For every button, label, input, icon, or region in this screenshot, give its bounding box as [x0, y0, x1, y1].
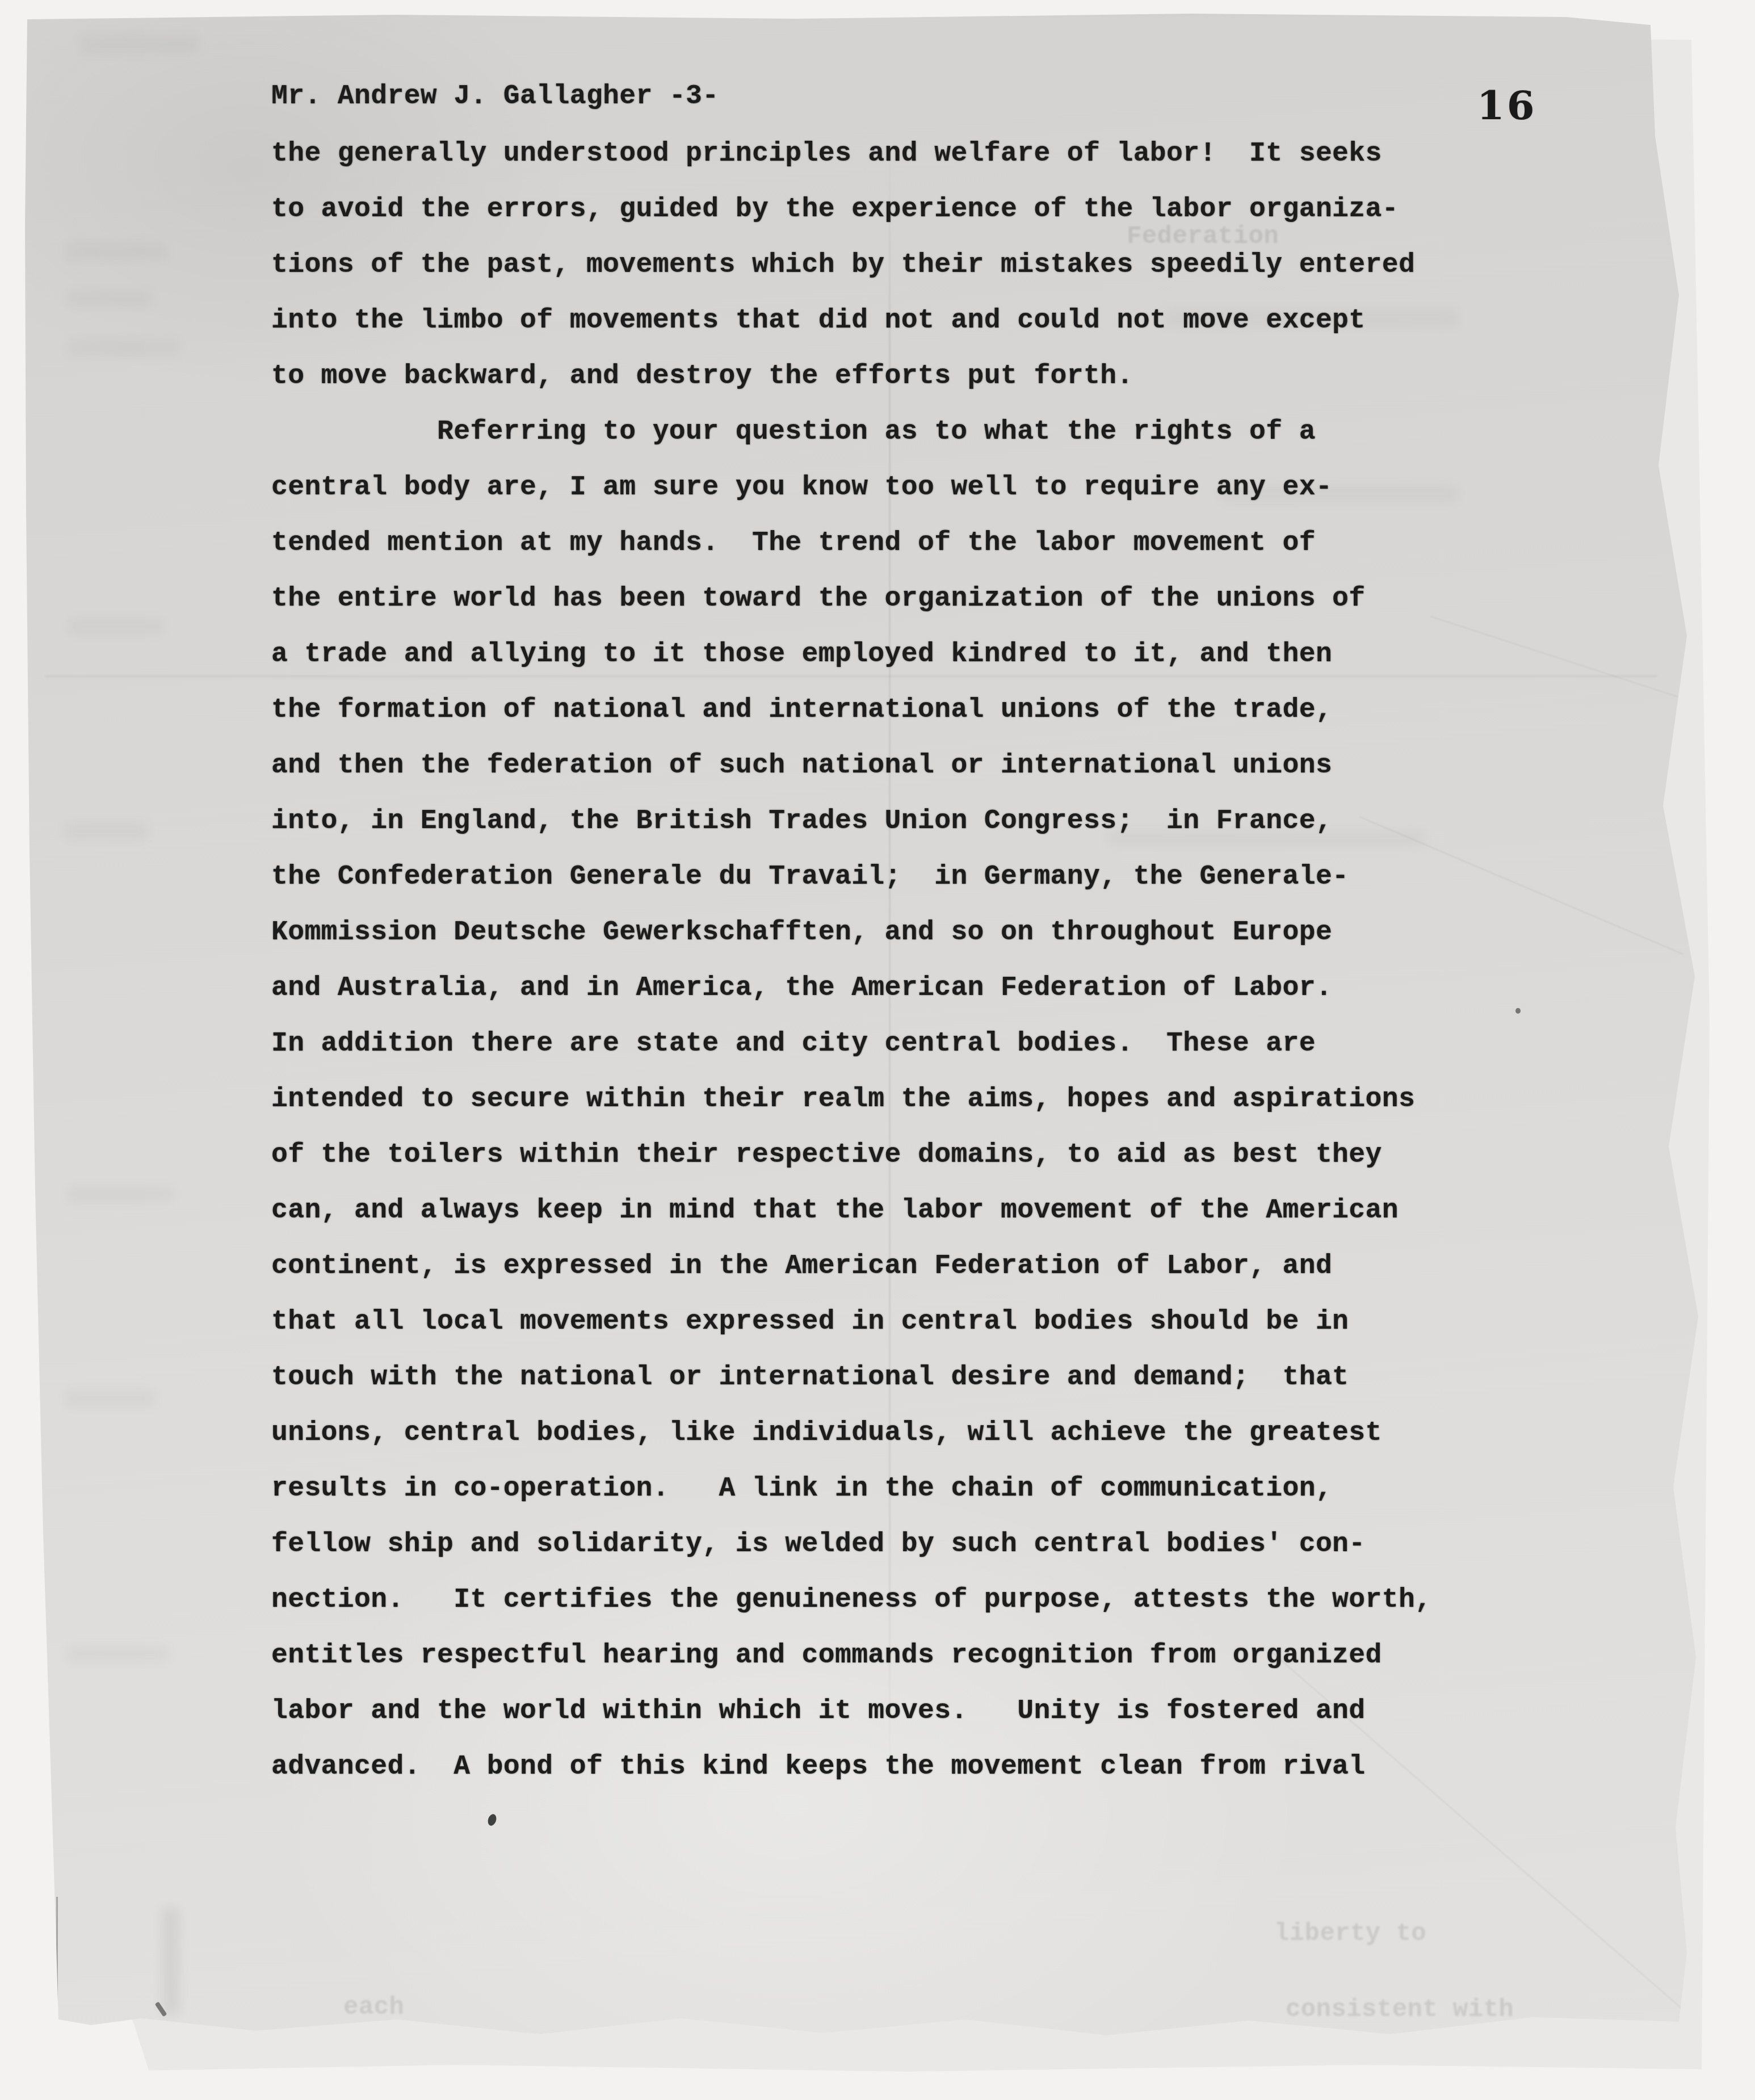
typed-line: labor and the world within which it move…	[271, 1683, 1431, 1739]
bleed-through-smudge	[68, 619, 165, 635]
typed-line: In addition there are state and city cen…	[271, 1016, 1431, 1072]
typed-line: Referring to your question as to what th…	[271, 404, 1431, 460]
typed-line: entitles respectful hearing and commands…	[271, 1628, 1431, 1683]
bleed-through-smudge	[65, 243, 167, 260]
scanned-document-page: Mr. Andrew J. Gallagher -3- 16 the gener…	[0, 0, 1755, 2100]
scan-edge-mark	[56, 1897, 58, 2025]
typed-line: the generally understood principles and …	[271, 126, 1431, 182]
typed-line: central body are, I am sure you know too…	[271, 460, 1431, 515]
typed-line: that all local movements expressed in ce…	[271, 1294, 1431, 1350]
bleed-through-smudge	[67, 1646, 169, 1662]
paper-sheet: Mr. Andrew J. Gallagher -3- 16 the gener…	[0, 0, 1755, 2100]
typed-line: the entire world has been toward the org…	[271, 571, 1431, 627]
typed-line: advanced. A bond of this kind keeps the …	[271, 1739, 1431, 1795]
bleed-through-smudge	[79, 34, 199, 53]
typed-line: the Confederation Generale du Travail; i…	[271, 849, 1431, 905]
typed-line: results in co-operation. A link in the c…	[271, 1461, 1431, 1517]
bleed-through-smudge	[65, 1391, 156, 1406]
typed-line: and Australia, and in America, the Ameri…	[271, 960, 1431, 1016]
ink-speck	[486, 1813, 498, 1826]
typed-line: tended mention at my hands. The trend of…	[271, 515, 1431, 571]
bleed-through-smudge	[67, 1186, 175, 1202]
typed-body: the generally understood principles and …	[271, 126, 1431, 1795]
ink-speck	[1724, 440, 1735, 447]
ghost-text-fragment: each	[343, 1993, 404, 2022]
typed-line: and then the federation of such national…	[271, 738, 1431, 793]
typed-line: of the toilers within their respective d…	[271, 1127, 1431, 1183]
typed-line: into the limbo of movements that did not…	[271, 293, 1431, 348]
typed-line: intended to secure within their realm th…	[271, 1072, 1431, 1127]
bleed-through-smudge	[68, 291, 153, 306]
ink-speck	[1515, 1008, 1521, 1014]
typed-line: can, and always keep in mind that the la…	[271, 1183, 1431, 1238]
typed-line: to move backward, and destroy the effort…	[271, 348, 1431, 404]
typed-line: fellow ship and solidarity, is welded by…	[271, 1517, 1431, 1572]
bleed-through-smudge	[67, 339, 180, 356]
page-number: 16	[1477, 81, 1536, 131]
typed-line: a trade and allying to it those employed…	[271, 627, 1431, 682]
typed-line: touch with the national or international…	[271, 1350, 1431, 1405]
typed-line: continent, is expressed in the American …	[271, 1238, 1431, 1294]
bleed-through-smudge	[162, 1907, 179, 2015]
typed-line: Kommission Deutsche Gewerkschafften, and…	[271, 905, 1431, 960]
typed-line: into, in England, the British Trades Uni…	[271, 793, 1431, 849]
bleed-through-smudge	[64, 823, 149, 839]
ghost-text-fragment: liberty to	[1274, 1920, 1426, 1948]
typed-line: unions, central bodies, like individuals…	[271, 1405, 1431, 1461]
ghost-text-fragment: Federation	[1127, 222, 1279, 251]
letter-header: Mr. Andrew J. Gallagher -3-	[271, 79, 719, 114]
ghost-text-fragment: consistent with	[1286, 1996, 1514, 2024]
typed-line: nection. It certifies the genuineness of…	[271, 1572, 1431, 1628]
diagonal-crease	[1430, 616, 1711, 708]
typed-line: the formation of national and internatio…	[271, 682, 1431, 738]
